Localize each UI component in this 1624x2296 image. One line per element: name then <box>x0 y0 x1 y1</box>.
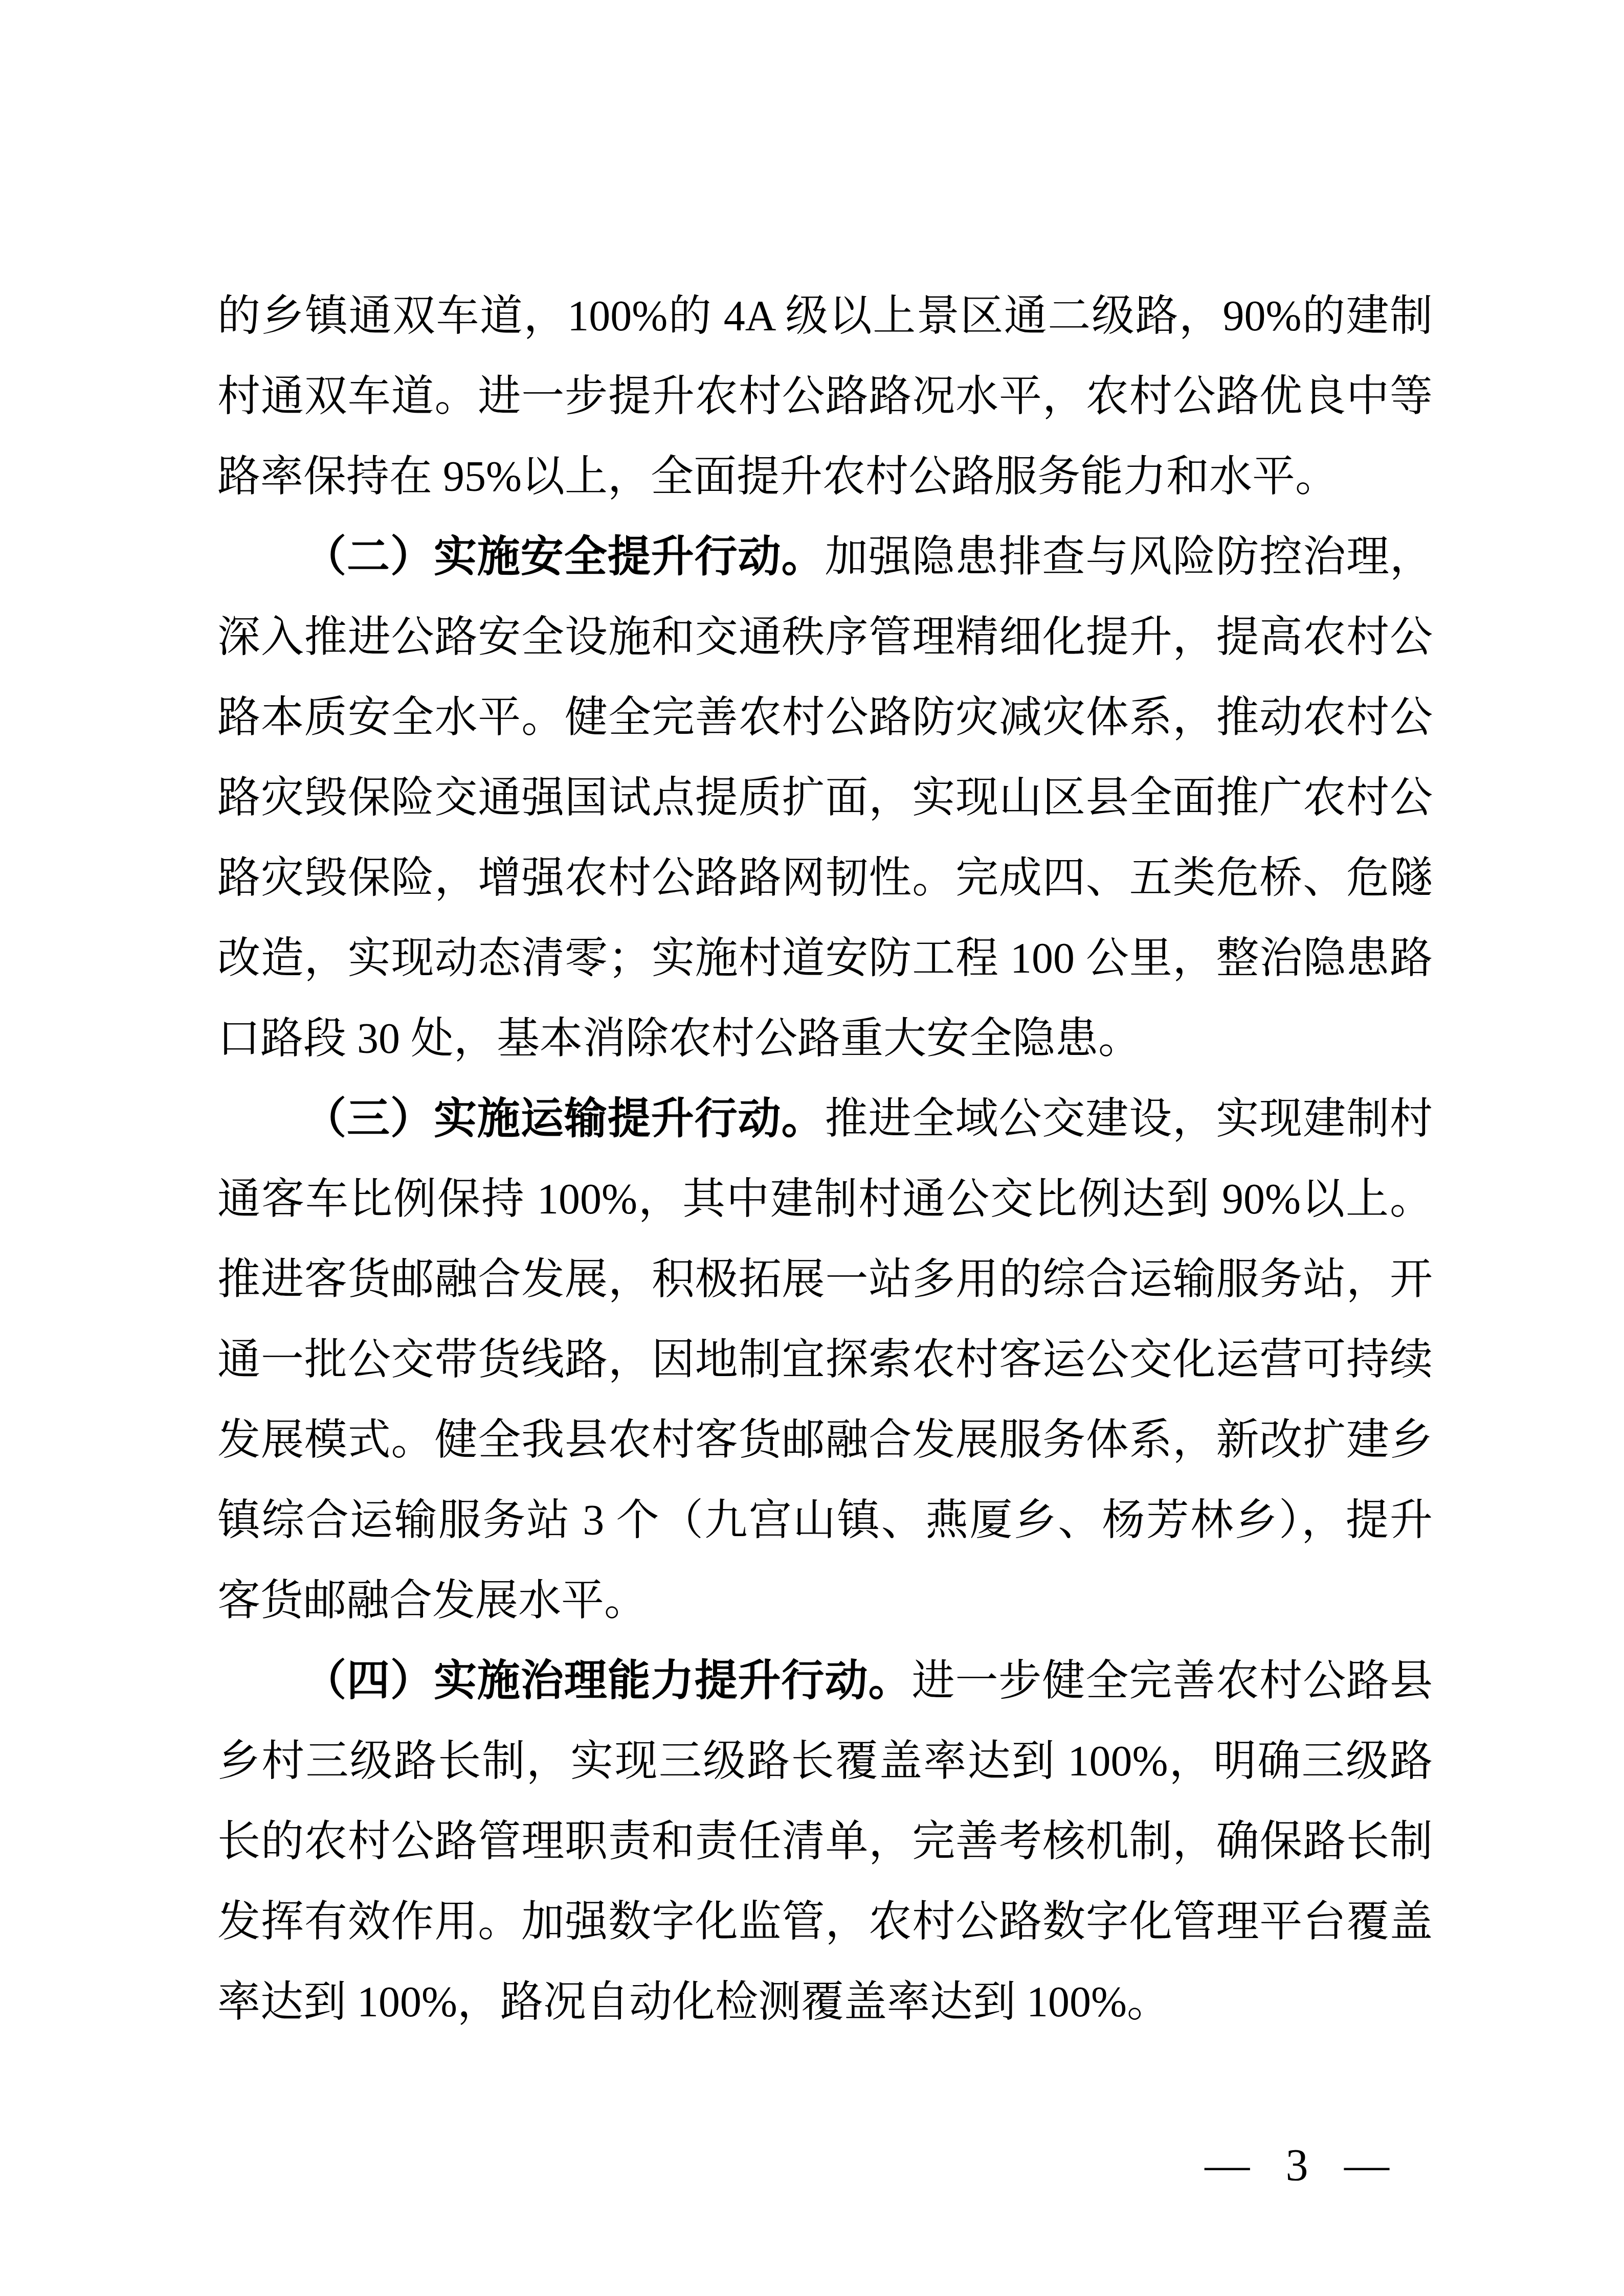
text-line: （二）实施安全提升行动。加强隐患排查与风险防控治理， <box>217 517 1433 597</box>
body-text: 发展模式。健全我县农村客货邮融合发展服务体系，新改扩建乡 <box>217 1416 1433 1464</box>
text-line: 的乡镇通双车道，100%的 4A 级以上景区通二级路，90%的建制 <box>217 276 1433 356</box>
body-text: 率达到 100%，路况自动化检测覆盖率达到 100%。 <box>217 1978 1170 2026</box>
body-text: 深入推进公路安全设施和交通秩序管理精细化提升，提高农村公 <box>217 614 1433 661</box>
document-body: 的乡镇通双车道，100%的 4A 级以上景区通二级路，90%的建制村通双车道。进… <box>217 276 1433 2042</box>
text-line: （四）实施治理能力提升行动。进一步健全完善农村公路县 <box>217 1641 1433 1721</box>
text-line: 路率保持在 95%以上，全面提升农村公路服务能力和水平。 <box>217 437 1433 517</box>
section-heading: （三）实施运输提升行动。 <box>303 1095 825 1143</box>
text-line: 深入推进公路安全设施和交通秩序管理精细化提升，提高农村公 <box>217 597 1433 678</box>
body-text: 路灾毁保险交通强国试点提质扩面，实现山区县全面推广农村公 <box>217 774 1433 822</box>
text-line: 路灾毁保险，增强农村公路路网韧性。完成四、五类危桥、危隧 <box>217 838 1433 918</box>
text-line: 乡村三级路长制，实现三级路长覆盖率达到 100%，明确三级路 <box>217 1721 1433 1802</box>
text-line: 路本质安全水平。健全完善农村公路防灾减灾体系，推动农村公 <box>217 678 1433 758</box>
text-line: 口路段 30 处，基本消除农村公路重大安全隐患。 <box>217 999 1433 1079</box>
body-text: 镇综合运输服务站 3 个（九宫山镇、燕厦乡、杨芳林乡），提升 <box>217 1497 1433 1544</box>
body-text: 发挥有效作用。加强数字化监管，农村公路数字化管理平台覆盖 <box>217 1898 1433 1946</box>
body-text: 客货邮融合发展水平。 <box>217 1577 647 1625</box>
text-line: 改造，实现动态清零；实施村道安防工程 100 公里，整治隐患路 <box>217 918 1433 999</box>
text-line: 路灾毁保险交通强国试点提质扩面，实现山区县全面推广农村公 <box>217 758 1433 838</box>
body-text: 路率保持在 95%以上，全面提升农村公路服务能力和水平。 <box>217 453 1338 501</box>
body-text: 推进客货邮融合发展，积极拓展一站多用的综合运输服务站，开 <box>217 1256 1433 1303</box>
section-heading: （二）实施安全提升行动。 <box>303 533 825 581</box>
text-line: 村通双车道。进一步提升农村公路路况水平，农村公路优良中等 <box>217 356 1433 437</box>
body-text: 长的农村公路管理职责和责任清单，完善考核机制，确保路长制 <box>217 1818 1433 1865</box>
body-text: 进一步健全完善农村公路县 <box>911 1657 1433 1705</box>
section-heading: （四）实施治理能力提升行动。 <box>303 1657 911 1705</box>
body-text: 路本质安全水平。健全完善农村公路防灾减灾体系，推动农村公 <box>217 694 1433 741</box>
body-text: 加强隐患排查与风险防控治理， <box>825 533 1433 581</box>
text-line: 客货邮融合发展水平。 <box>217 1561 1433 1641</box>
body-text: 口路段 30 处，基本消除农村公路重大安全隐患。 <box>217 1015 1141 1063</box>
text-line: （三）实施运输提升行动。推进全域公交建设，实现建制村 <box>217 1079 1433 1159</box>
text-line: 发挥有效作用。加强数字化监管，农村公路数字化管理平台覆盖 <box>217 1882 1433 1962</box>
text-line: 率达到 100%，路况自动化检测覆盖率达到 100%。 <box>217 1962 1433 2042</box>
text-line: 长的农村公路管理职责和责任清单，完善考核机制，确保路长制 <box>217 1802 1433 1882</box>
text-line: 推进客货邮融合发展，积极拓展一站多用的综合运输服务站，开 <box>217 1240 1433 1320</box>
body-text: 通一批公交带货线路，因地制宜探索农村客运公交化运营可持续 <box>217 1336 1433 1384</box>
body-text: 的乡镇通双车道，100%的 4A 级以上景区通二级路，90%的建制 <box>217 292 1433 340</box>
document-page: 的乡镇通双车道，100%的 4A 级以上景区通二级路，90%的建制村通双车道。进… <box>0 0 1624 2296</box>
page-number: — 3 — <box>1205 2135 1389 2196</box>
body-text: 通客车比例保持 100%，其中建制村通公交比例达到 90%以上。 <box>217 1176 1433 1223</box>
text-line: 镇综合运输服务站 3 个（九宫山镇、燕厦乡、杨芳林乡），提升 <box>217 1480 1433 1561</box>
text-line: 通一批公交带货线路，因地制宜探索农村客运公交化运营可持续 <box>217 1320 1433 1400</box>
text-line: 通客车比例保持 100%，其中建制村通公交比例达到 90%以上。 <box>217 1159 1433 1240</box>
text-line: 发展模式。健全我县农村客货邮融合发展服务体系，新改扩建乡 <box>217 1400 1433 1480</box>
body-text: 村通双车道。进一步提升农村公路路况水平，农村公路优良中等 <box>217 373 1433 420</box>
body-text: 推进全域公交建设，实现建制村 <box>825 1095 1433 1143</box>
body-text: 改造，实现动态清零；实施村道安防工程 100 公里，整治隐患路 <box>217 935 1433 982</box>
body-text: 路灾毁保险，增强农村公路路网韧性。完成四、五类危桥、危隧 <box>217 854 1433 902</box>
body-text: 乡村三级路长制，实现三级路长覆盖率达到 100%，明确三级路 <box>217 1738 1433 1785</box>
